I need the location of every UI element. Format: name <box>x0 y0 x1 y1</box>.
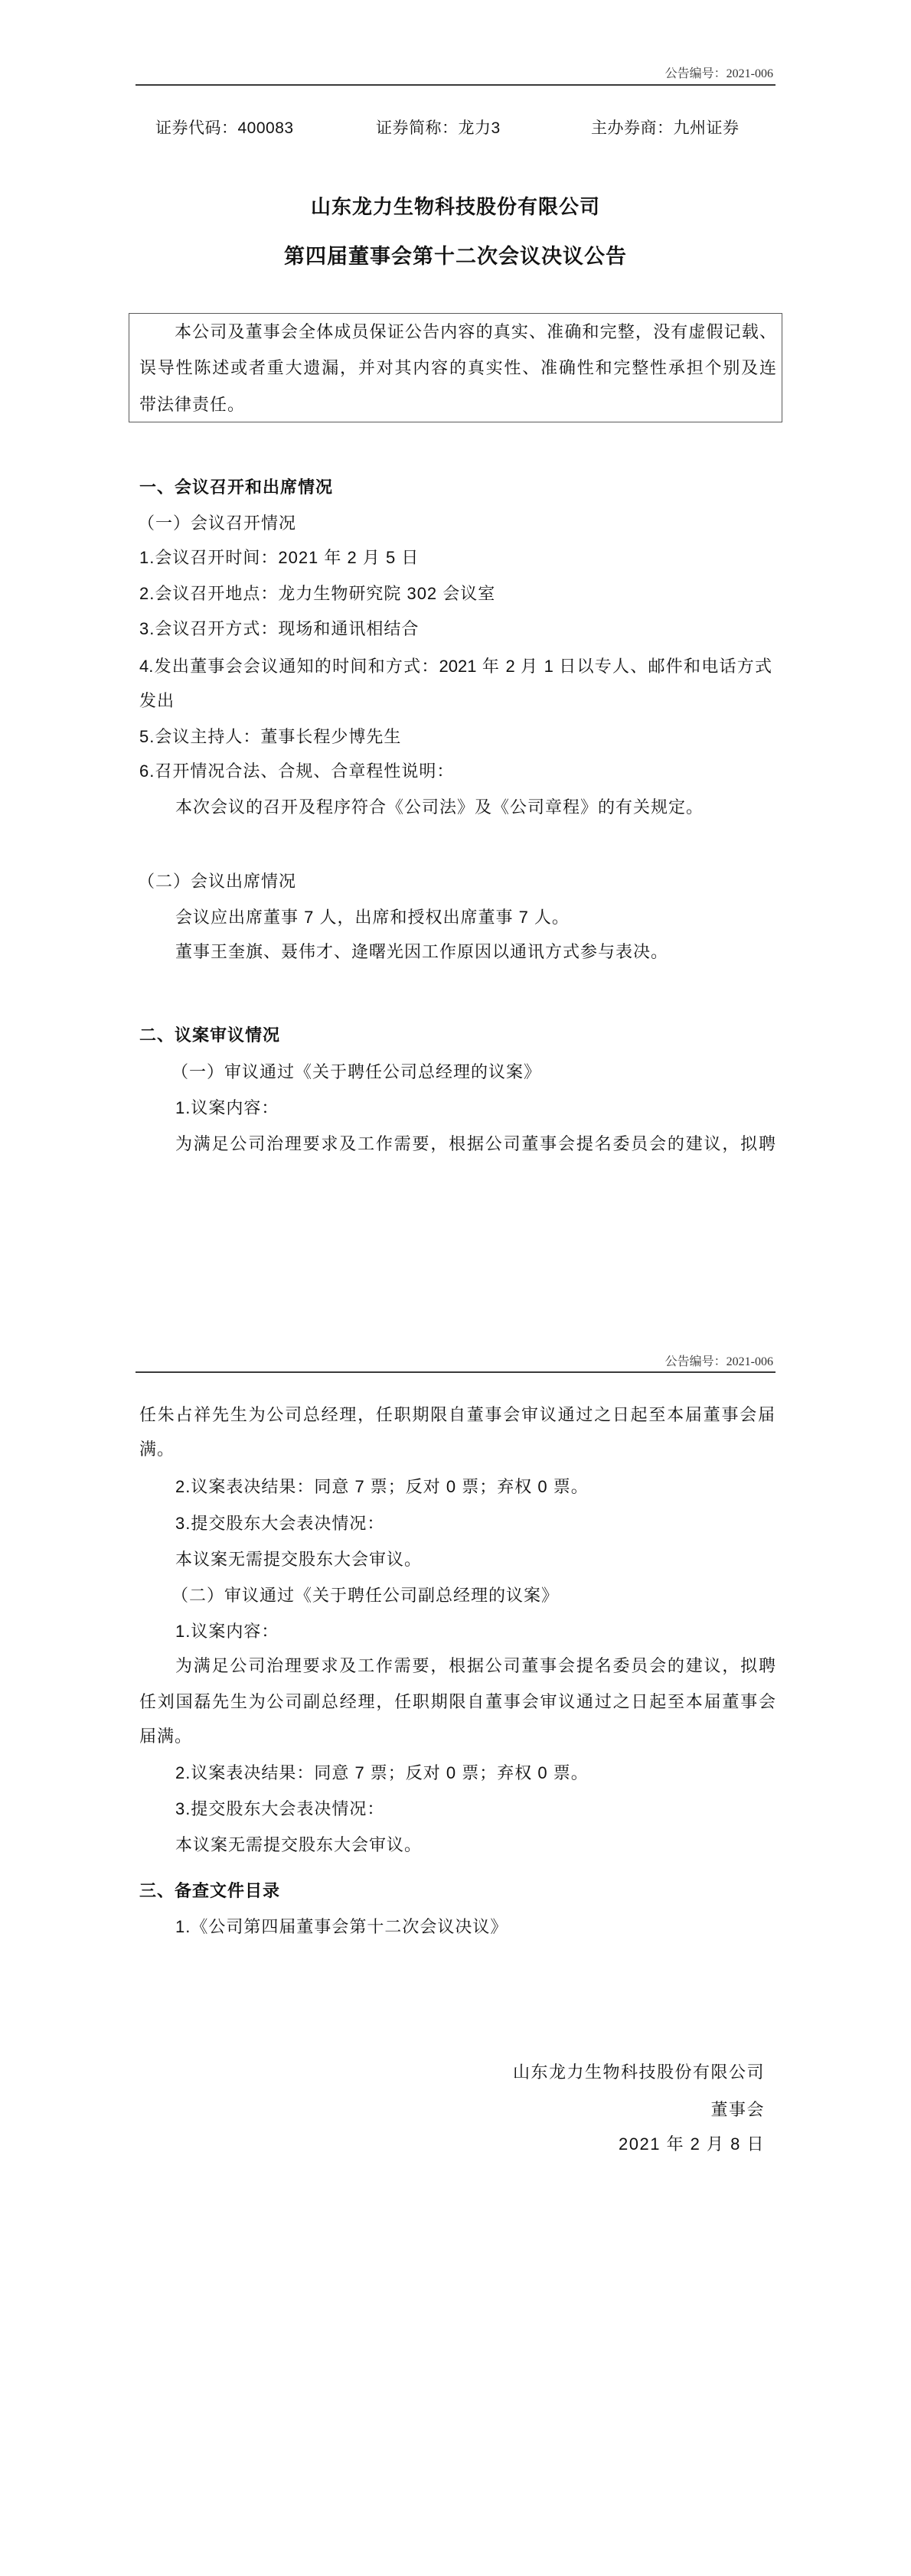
motion-content-line: 为满足公司治理要求及工作需要，根据公司董事会提名委员会的建议，拟聘 <box>175 1655 775 1678</box>
meeting-notice: 4.发出董事会会议通知的时间和方式：2021 年 2 月 1 日以专人、邮件和电… <box>139 655 772 678</box>
legality-text: 本次会议的召开及程序符合《公司法》及《公司章程》的有关规定。 <box>175 796 704 819</box>
announcement-number: 公告编号：2021-006 <box>665 65 773 83</box>
motion-shareholder-text: 本议案无需提交股东大会审议。 <box>175 1834 422 1857</box>
motion-title: （二）审议通过《关于聘任公司副总经理的议案》 <box>171 1584 559 1607</box>
motion-title: （一）审议通过《关于聘任公司总经理的议案》 <box>171 1061 541 1084</box>
meeting-time: 1.会议召开时间：2021 年 2 月 5 日 <box>139 546 419 569</box>
legality-label: 6.召开情况合法、合规、合章程性说明： <box>139 760 454 783</box>
section-heading-review: 二、议案审议情况 <box>139 1024 280 1047</box>
meeting-place: 2.会议召开地点：龙力生物研究院 302 会议室 <box>139 582 495 605</box>
motion-vote-result: 2.议案表决结果：同意 7 票；反对 0 票；弃权 0 票。 <box>175 1762 589 1785</box>
meeting-method: 3.会议召开方式：现场和通讯相结合 <box>139 618 419 641</box>
motion-shareholder-label: 3.提交股东大会表决情况： <box>175 1512 384 1535</box>
meeting-notice-continued: 发出 <box>139 690 175 712</box>
signature-date: 2021 年 2 月 8 日 <box>619 2133 765 2156</box>
attendance-summary: 会议应出席董事 7 人，出席和授权出席董事 7 人。 <box>175 906 570 929</box>
announcement-number: 公告编号：2021-006 <box>665 1353 773 1371</box>
motion-content-line: 任刘国磊先生为公司副总经理，任职期限自董事会审议通过之日起至本届董事会 <box>139 1691 775 1714</box>
header-rule <box>136 1371 775 1373</box>
motion-shareholder-text: 本议案无需提交股东大会审议。 <box>175 1548 422 1571</box>
motion-content-label: 1.议案内容： <box>175 1620 279 1643</box>
securities-short-name: 证券简称：龙力3 <box>376 117 501 140</box>
signature-board: 董事会 <box>710 2098 765 2121</box>
disclaimer-line: 误导性陈述或者重大遗漏，并对其内容的真实性、准确性和完整性承担个别及连 <box>139 357 776 380</box>
subsection-heading-attendance: （二）会议出席情况 <box>138 870 296 893</box>
attendance-remote-note: 董事王奎旗、聂伟才、逄曙光因工作原因以通讯方式参与表决。 <box>175 941 668 964</box>
sponsor-broker: 主办券商：九州证券 <box>591 117 740 140</box>
motion-vote-result: 2.议案表决结果：同意 7 票；反对 0 票；弃权 0 票。 <box>175 1475 589 1498</box>
motion-shareholder-label: 3.提交股东大会表决情况： <box>175 1798 384 1821</box>
motion-content-line: 为满足公司治理要求及工作需要，根据公司董事会提名委员会的建议，拟聘 <box>175 1133 775 1156</box>
section-heading-reference-docs: 三、备查文件目录 <box>139 1880 280 1903</box>
announcement-title: 第四届董事会第十二次会议决议公告 <box>0 243 911 270</box>
signature-company: 山东龙力生物科技股份有限公司 <box>513 2061 765 2084</box>
company-title: 山东龙力生物科技股份有限公司 <box>0 193 911 220</box>
disclaimer-line: 本公司及董事会全体成员保证公告内容的真实、准确和完整，没有虚假记载、 <box>175 321 776 344</box>
disclaimer-line: 带法律责任。 <box>139 393 245 416</box>
section-heading-meeting: 一、会议召开和出席情况 <box>139 476 333 499</box>
motion-content-line: 届满。 <box>139 1725 192 1748</box>
reference-doc-item: 1.《公司第四届董事会第十二次会议决议》 <box>175 1916 508 1939</box>
motion-content-line: 任朱占祥先生为公司总经理，任职期限自董事会审议通过之日起至本届董事会届 <box>139 1404 775 1427</box>
disclaimer-box: 本公司及董事会全体成员保证公告内容的真实、准确和完整，没有虚假记载、 误导性陈述… <box>129 313 782 422</box>
subsection-heading-convening: （一）会议召开情况 <box>138 512 296 535</box>
motion-content-label: 1.议案内容： <box>175 1097 279 1120</box>
document-page: 公告编号：2021-006 证券代码：400083 证券简称：龙力3 主办券商：… <box>0 0 911 2576</box>
header-rule <box>136 84 775 86</box>
securities-code: 证券代码：400083 <box>155 117 294 140</box>
motion-content-line: 满。 <box>139 1438 175 1461</box>
meeting-host: 5.会议主持人：董事长程少博先生 <box>139 726 401 748</box>
